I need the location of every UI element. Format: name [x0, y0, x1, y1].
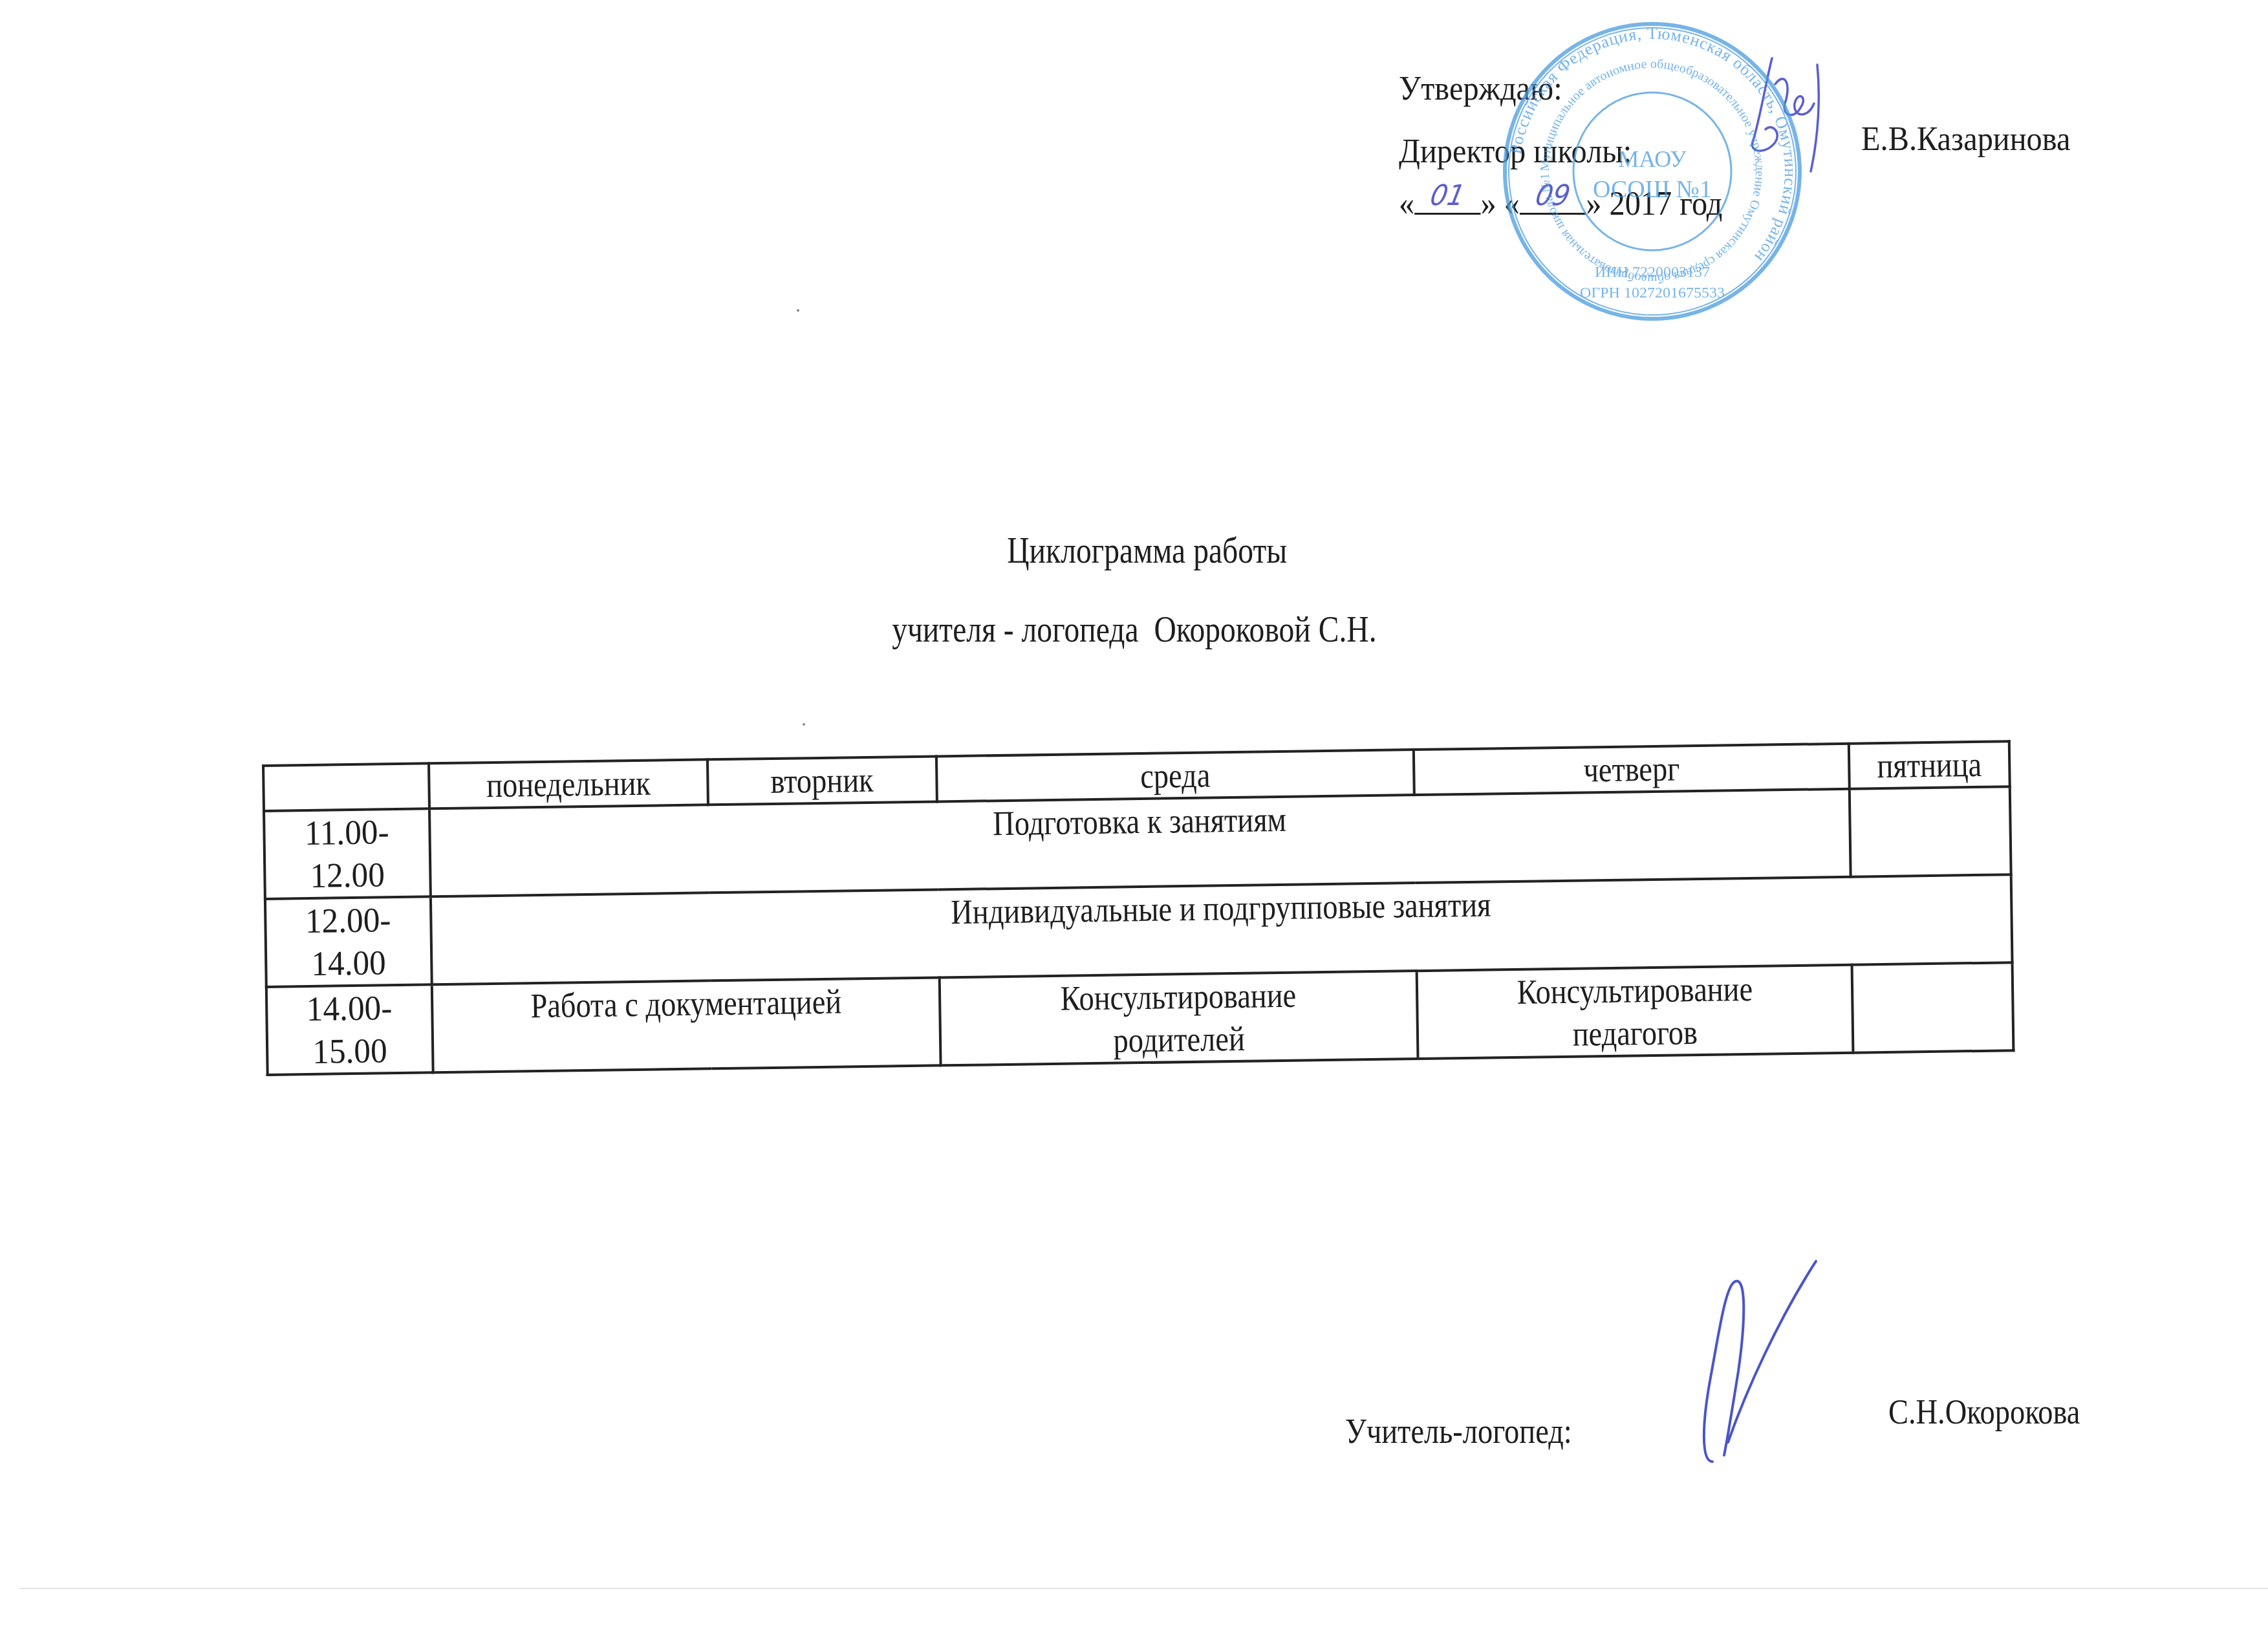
scan-speck [803, 723, 805, 726]
month-handwritten: 09 [1517, 182, 1589, 210]
teacher-name-text: С.Н.Окорокова [1888, 1392, 2080, 1432]
scan-speck [797, 309, 799, 312]
stamp-ogrn: ОГРН 1027201675533 [1580, 285, 1725, 301]
header-cell-monday: понедельник [429, 759, 708, 808]
header-cell-wednesday: среда [936, 750, 1414, 801]
document-subtitle: учителя - логопеда Окороковой С.Н. [0, 609, 2268, 651]
day-handwritten: 01 [1412, 182, 1484, 210]
teacher-signature-icon [1675, 1248, 1843, 1475]
activity-cell-wednesday: Консультирование родителей [940, 971, 1418, 1065]
stamp-inn: ИНН 7220003137 [1595, 264, 1710, 281]
document-title: Циклограмма работы [13, 530, 2268, 572]
director-name-text: Е.В.Казаринова [1861, 123, 2070, 157]
month-blank: 09 [1520, 184, 1586, 215]
schedule-table: понедельник вторник среда четверг пятниц… [262, 740, 2014, 1076]
teacher-role-label: Учитель-логопед: [1345, 1411, 1609, 1451]
director-signature-icon [1746, 45, 1843, 175]
time-cell: 12.00- 14.00 [265, 896, 432, 987]
day-blank: 01 [1414, 184, 1480, 215]
teacher-role-text: Учитель-логопед: [1345, 1411, 1572, 1451]
header-cell-tuesday: вторник [707, 756, 937, 805]
activity-cell-thursday: Консультирование педагогов [1417, 965, 1853, 1059]
director-name: Е.В.Казаринова [1861, 123, 2086, 157]
activity-cell-friday [1852, 962, 2014, 1052]
director-role-label: Директор школы: [1399, 135, 1649, 169]
approval-heading: Утверждаю: [1399, 72, 1575, 106]
approval-heading-text: Утверждаю: [1399, 72, 1562, 106]
document-subtitle-text: учителя - логопеда Окороковой С.Н. [892, 609, 1377, 651]
document-title-text: Циклограмма работы [1007, 530, 1287, 572]
time-cell: 11.00- 12.00 [264, 808, 431, 899]
header-cell-thursday: четверг [1414, 744, 1850, 795]
time-cell: 14.00- 15.00 [266, 984, 433, 1075]
activity-cell-friday [1850, 786, 2011, 876]
scan-edge-line [19, 1588, 2268, 1589]
date-middle-quotes: » « [1480, 186, 1519, 222]
teacher-name: С.Н.Окорокова [1888, 1392, 2111, 1432]
activity-cell-mon-tue: Работа с документацией [432, 977, 941, 1072]
date-year: » 2017 год [1586, 186, 1722, 222]
approval-date: «01» «09» 2017 год [1399, 184, 1747, 221]
header-cell-time [263, 763, 429, 811]
director-role-text: Директор школы: [1399, 135, 1632, 169]
header-cell-friday: пятница [1849, 741, 2010, 788]
